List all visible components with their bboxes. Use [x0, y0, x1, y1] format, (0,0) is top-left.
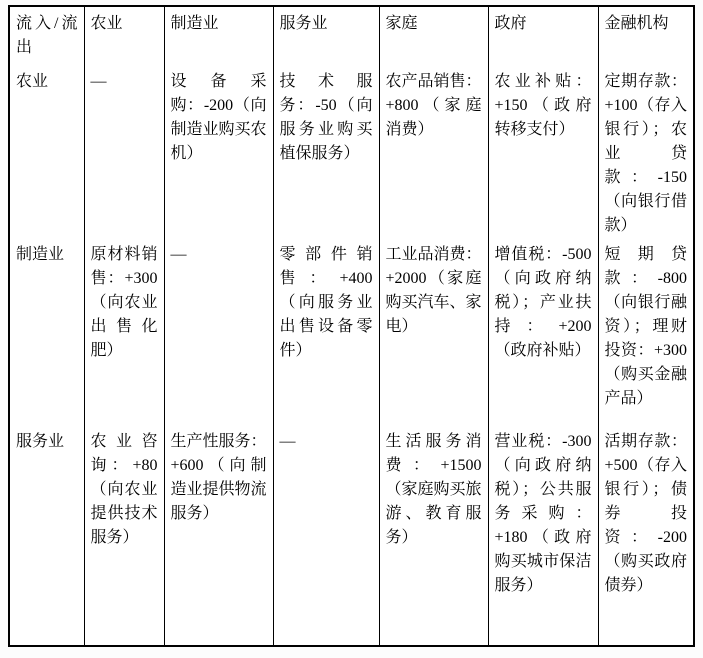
cell-services-government: 营业税：-300（向政府纳税）；公共服务采购：+180（政府购买城市保洁服务） — [488, 425, 598, 646]
header-cell-services: 服务业 — [273, 6, 379, 65]
cell-manufacturing-household: 工业品消费：+2000（家庭购买汽车、家电） — [379, 238, 488, 425]
header-cell-government: 政府 — [488, 6, 598, 65]
cell-agriculture-government: 农业补贴：+150（政府转移支付） — [488, 65, 598, 238]
cell-agriculture-household: 农产品销售：+800（家庭消费） — [379, 65, 488, 238]
header-cell-financial: 金融机构 — [598, 6, 694, 65]
cell-manufacturing-financial: 短期贷款：-800（向银行融资）；理财投资：+300（购买金融产品） — [598, 238, 694, 425]
table-row-agriculture: 农业 — 设备采购：-200（向制造业购买农机） 技术服务：-50（向服务业购买… — [9, 65, 694, 238]
header-cell-manufacturing: 制造业 — [164, 6, 273, 65]
cell-manufacturing-agriculture: 原材料销售：+300（向农业出售化肥） — [84, 238, 164, 425]
cell-services-manufacturing: 生产性服务：+600（向制造业提供物流服务） — [164, 425, 273, 646]
cell-agriculture-services: 技术服务：-50（向服务业购买植保服务） — [273, 65, 379, 238]
cell-manufacturing-manufacturing: — — [164, 238, 273, 425]
header-cell-agriculture: 农业 — [84, 6, 164, 65]
row-label-manufacturing: 制造业 — [9, 238, 84, 425]
table-header-row: 流入/流出 农业 制造业 服务业 家庭 政府 金融机构 — [9, 6, 694, 65]
table-row-services: 服务业 农业咨询：+80（向农业提供技术服务） 生产性服务：+600（向制造业提… — [9, 425, 694, 646]
cell-services-services: — — [273, 425, 379, 646]
table-row-manufacturing: 制造业 原材料销售：+300（向农业出售化肥） — 零部件销售：+400（向服务… — [9, 238, 694, 425]
cell-services-household: 生活服务消费：+1500（家庭购买旅游、教育服务） — [379, 425, 488, 646]
row-label-agriculture: 农业 — [9, 65, 84, 238]
cell-manufacturing-services: 零部件销售：+400（向服务业出售设备零件） — [273, 238, 379, 425]
cell-agriculture-manufacturing: 设备采购：-200（向制造业购买农机） — [164, 65, 273, 238]
header-cell-household: 家庭 — [379, 6, 488, 65]
cell-manufacturing-government: 增值税：-500（向政府纳税）；产业扶持：+200（政府补贴） — [488, 238, 598, 425]
row-label-services: 服务业 — [9, 425, 84, 646]
cell-services-agriculture: 农业咨询：+80（向农业提供技术服务） — [84, 425, 164, 646]
header-cell-inflow-outflow: 流入/流出 — [9, 6, 84, 65]
cell-services-financial: 活期存款：+500（存入银行）；债券投资：-200（购买政府债券） — [598, 425, 694, 646]
cell-agriculture-financial: 定期存款：+100（存入银行）；农业贷款：-150（向银行借款） — [598, 65, 694, 238]
cell-agriculture-agriculture: — — [84, 65, 164, 238]
document-page: 流入/流出 农业 制造业 服务业 家庭 政府 金融机构 农业 — 设备采购：-2… — [0, 0, 703, 658]
sector-flow-table: 流入/流出 农业 制造业 服务业 家庭 政府 金融机构 农业 — 设备采购：-2… — [8, 5, 695, 647]
